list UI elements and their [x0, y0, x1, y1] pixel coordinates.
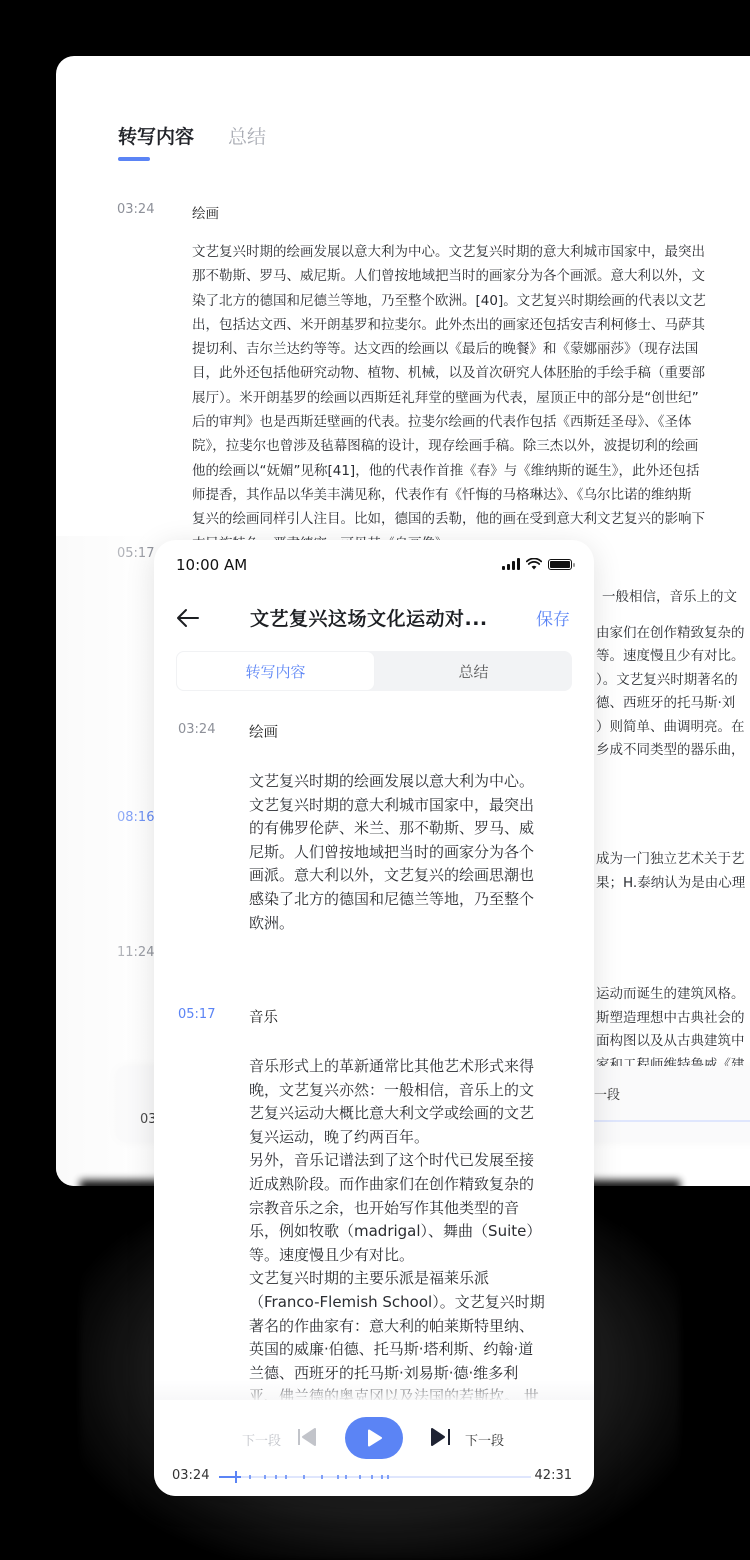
skip-previous-icon[interactable] [297, 1428, 317, 1446]
text-line: 著名的作曲家有：意大利的帕莱斯特里纳、 [249, 1315, 574, 1339]
bg-line: ）。文艺复兴时期著名的 [596, 669, 745, 693]
audio-player: 下一段 下一段 03:24 [154, 1400, 594, 1496]
page-title: 文艺复兴这场文化运动对... [250, 604, 488, 631]
status-time: 10:00 AM [176, 556, 247, 574]
section-body: 音乐形式上的革新通常比其他艺术形式来得 晚，文艺复兴亦然：一般相信，音乐上的文 … [249, 1055, 574, 1409]
battery-icon [548, 559, 572, 570]
chapter-marker [264, 1475, 266, 1479]
bg-line: 成为一门独立艺术关于艺 [596, 848, 745, 872]
text-line: 的有佛罗伦萨、米兰、那不勒斯、罗马、威 [249, 817, 574, 841]
play-button[interactable] [345, 1417, 403, 1459]
tab-transcript[interactable]: 转写内容 [176, 651, 375, 691]
bg-line: 染了北方的德国和尼德兰等地，乃至整个欧洲。[40]。文艺复兴时期绘画的代表以文艺 [192, 289, 750, 313]
text-line: 等。速度慢且少有对比。 [249, 1244, 574, 1268]
chapter-marker [303, 1475, 305, 1479]
current-time: 03:24 [172, 1468, 209, 1483]
chapter-marker [387, 1475, 389, 1479]
text-line: 音乐形式上的革新通常比其他艺术形式来得 [249, 1055, 574, 1079]
text-line: 文艺复兴时期的主要乐派是福莱乐派 [249, 1267, 574, 1291]
play-icon [364, 1428, 384, 1448]
status-icons [502, 558, 572, 570]
text-line: 艺复兴运动大概比意大利文学或绘画的文艺 [249, 1102, 574, 1126]
chapter-marker [275, 1475, 277, 1479]
text-line: 晚，文艺复兴亦然：一般相信，音乐上的文 [249, 1079, 574, 1103]
progress-knob[interactable] [235, 1471, 237, 1483]
signal-icon [502, 558, 520, 570]
bg-line: 面构图以及从古典建筑中 [596, 1030, 745, 1054]
chapter-marker [249, 1475, 251, 1479]
phone-screen: 10:00 AM 文艺复兴这场文化运动对... 保存 转写内容 总结 03:24… [154, 540, 594, 1496]
tab-summary[interactable]: 总结 [375, 651, 572, 691]
progress-fill [219, 1476, 241, 1478]
text-line: 乐，例如牧歌（madrigal）、舞曲（Suite） [249, 1220, 574, 1244]
bg-tab-summary[interactable]: 总结 [228, 122, 266, 149]
bg-line: 目，此外还包括他研究动物、植物、机械，以及首次研究人体胚胎的手绘手稿（重要部 [192, 361, 750, 385]
text-line: 文艺复兴时期的绘画发展以意大利为中心。 [249, 770, 574, 794]
section-title: 音乐 [249, 1006, 278, 1027]
section-body: 文艺复兴时期的绘画发展以意大利为中心。 文艺复兴时期的意大利城市国家中，最突出 … [249, 770, 574, 935]
wifi-icon [526, 558, 542, 570]
chapter-marker [337, 1475, 339, 1479]
chapter-marker [345, 1475, 347, 1479]
chapter-marker [381, 1475, 383, 1479]
bg-timestamp[interactable]: 03:24 [117, 202, 154, 217]
section-timestamp-active[interactable]: 05:17 [178, 1007, 215, 1022]
text-line: 宗教音乐之余，也开始写作其他类型的音 [249, 1197, 574, 1221]
content-fade [154, 1380, 594, 1402]
text-line: 画派。意大利以外，文艺复兴的绘画思潮也 [249, 864, 574, 888]
bg-line: 那不勒斯、罗马、威尼斯。人们曾按地域把当时的画家分为各个画派。意大利以外，文 [192, 264, 750, 288]
save-button[interactable]: 保存 [536, 605, 570, 630]
chapter-marker [359, 1475, 361, 1479]
nav-bar: 文艺复兴这场文化运动对... 保存 [154, 598, 594, 638]
bg-line: 复兴的绘画同样引人注目。比如，德国的丢勒，他的画在受到意大利文艺复兴的影响下 [192, 507, 750, 531]
bg-line: 果；H.泰纳认为是由心理 [596, 872, 745, 896]
next-segment-label[interactable]: 下一段 [465, 1430, 504, 1449]
text-line: 文艺复兴时期的意大利城市国家中，最突出 [249, 794, 574, 818]
prev-segment-label[interactable]: 下一段 [242, 1430, 281, 1449]
bg-line: 后的审判》也是西斯廷壁画的代表。拉斐尔绘画的代表作包括《西斯廷圣母》、《圣体 [192, 410, 750, 434]
bg-line: 一般相信，音乐上的文 [596, 586, 745, 610]
bg-line: 文艺复兴时期的绘画发展以意大利为中心。文艺复兴时期的意大利城市国家中，最突出 [192, 240, 750, 264]
bg-partial-text: 成为一门独立艺术关于艺 果；H.泰纳认为是由心理 [596, 848, 745, 895]
bg-line: 院》，拉斐尔也曾涉及毡幕图稿的设计，现存绘画手稿。除三杰以外，波提切利的绘画 [192, 434, 750, 458]
text-line: 感染了北方的德国和尼德兰等地，乃至整个 [249, 888, 574, 912]
bg-line: ）则简单、曲调明亮。在 [596, 716, 745, 740]
bg-line: 出，包括达文西、米开朗基罗和拉斐尔。此外杰出的画家还包括安吉利柯修士、马萨其 [192, 313, 750, 337]
bg-next-label[interactable]: 一段 [594, 1084, 620, 1103]
progress-slider[interactable] [219, 1476, 531, 1478]
bg-section-title: 绘画 [192, 202, 219, 222]
text-line: 另外，音乐记谱法到了这个时代已发展至接 [249, 1149, 574, 1173]
bg-partial-text: 一般相信，音乐上的文 由家们在创作精致复杂的 等。速度慢且少有对比。 ）。文艺复… [596, 586, 745, 763]
skip-next-icon[interactable] [430, 1428, 452, 1446]
section-title: 绘画 [249, 721, 278, 742]
fade-overlay [56, 536, 156, 1186]
text-line: 近成熟阶段。而作曲家们在创作精致复杂的 [249, 1173, 574, 1197]
text-line: 尼斯。人们曾按地域把当时的画家分为各个 [249, 841, 574, 865]
bg-section-body: 文艺复兴时期的绘画发展以意大利为中心。文艺复兴时期的意大利城市国家中，最突出 那… [192, 240, 750, 556]
segmented-tabs: 转写内容 总结 [176, 651, 572, 691]
text-line: 复兴运动，晚了约两百年。 [249, 1126, 574, 1150]
total-time: 42:31 [535, 1468, 572, 1483]
bg-line: 展厅）。米开朗基罗的绘画以西斯廷礼拜堂的壁画为代表，屋顶正中的部分是“创世纪” [192, 386, 750, 410]
bg-line: 斯塑造理想中古典社会的 [596, 1007, 745, 1031]
chapter-marker [321, 1475, 323, 1479]
bg-line: 德、西班牙的托马斯·刘 [596, 692, 745, 716]
bg-line: 乡成不同类型的器乐曲， [596, 739, 745, 763]
bg-line: 运动而诞生的建筑风格。 [596, 983, 745, 1007]
bg-tab-transcript[interactable]: 转写内容 [118, 122, 194, 149]
bg-line: 他的绘画以“妩媚”见称[41]，他的代表作首推《春》与《维纳斯的诞生》，此外还包… [192, 459, 750, 483]
chapter-marker [371, 1475, 373, 1479]
chapter-marker [285, 1475, 287, 1479]
text-line: （Franco-Flemish School）。文艺复兴时期 [249, 1291, 574, 1315]
bg-partial-text: 运动而诞生的建筑风格。 斯塑造理想中古典社会的 面构图以及从古典建筑中 家和工程… [596, 983, 745, 1077]
bg-line: 师提香，其作品以华美丰满见称，代表作有《忏悔的马格琳达》、《乌尔比诺的维纳斯 [192, 483, 750, 507]
bg-line: 等。速度慢且少有对比。 [596, 645, 745, 669]
bg-progress-track[interactable] [594, 1120, 750, 1122]
bg-line: 提切利、吉尔兰达约等等。达文西的绘画以《最后的晚餐》和《蒙娜丽莎》（现存法国 [192, 337, 750, 361]
background-tabs: 转写内容 总结 [118, 122, 266, 149]
arrow-left-icon[interactable] [174, 604, 202, 632]
bg-line: 由家们在创作精致复杂的 [596, 622, 745, 646]
section-timestamp[interactable]: 03:24 [178, 722, 215, 737]
text-line: 欧洲。 [249, 912, 574, 936]
text-line: 英国的威廉·伯德、托马斯·塔利斯、约翰·道 [249, 1338, 574, 1362]
